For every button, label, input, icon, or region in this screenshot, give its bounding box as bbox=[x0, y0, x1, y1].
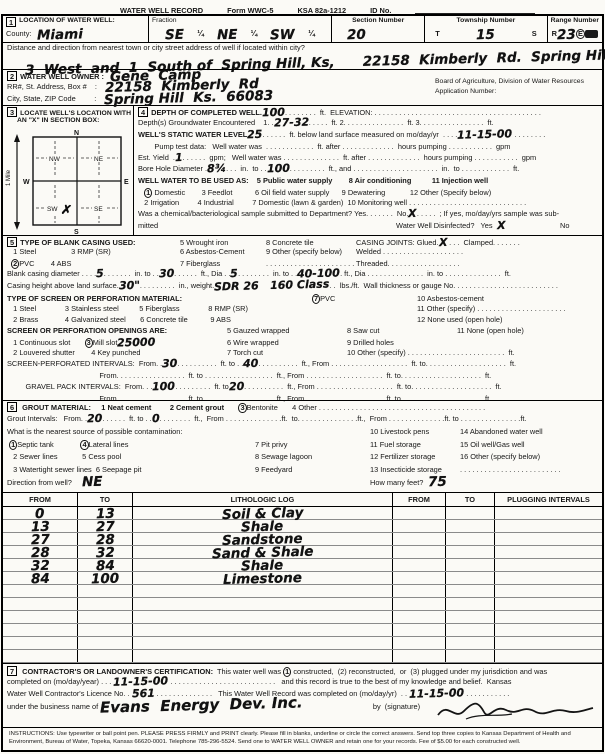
township-value: 15 bbox=[476, 32, 495, 37]
location-title: LOCATION OF WATER WELL: bbox=[19, 18, 115, 25]
form-number: Form WWC-5 bbox=[227, 7, 273, 14]
form-id-label: ID No. bbox=[370, 7, 391, 14]
litho-cell-to bbox=[78, 650, 133, 662]
litho-cell-from-value: 84 bbox=[31, 576, 50, 581]
yield-label: Est. Yield . bbox=[138, 154, 175, 161]
contamination-opt-pit-privy: 7 Pit privy bbox=[255, 441, 370, 448]
litho-cell-to bbox=[78, 611, 133, 623]
section-box-diagram: 1 Mile bbox=[3, 128, 133, 236]
screen-intervals-mid: . . . . . . . . . . ft. to . . bbox=[178, 360, 244, 367]
quadrant-sw-label: SW bbox=[47, 206, 58, 213]
litho-cell-log bbox=[133, 650, 393, 662]
casing-diameter-label: Blank casing diameter . . . . bbox=[7, 270, 96, 277]
distance-row: Distance and direction from nearest town… bbox=[3, 42, 602, 69]
form-statute: KSA 82a-1212 bbox=[297, 7, 346, 14]
casing-weight-value: SDR 26 160 Class bbox=[214, 281, 329, 289]
contamination-opt-feedyard: 9 Feedyard bbox=[255, 466, 370, 473]
direction-wrap: Direction from well? NE bbox=[7, 479, 370, 486]
contractor-signature bbox=[436, 699, 596, 723]
plug-cell-interval bbox=[495, 598, 602, 610]
casing-diameter-value-1: 5 bbox=[96, 271, 104, 276]
screen-material-title: TYPE OF SCREEN OR PERFORATION MATERIAL: bbox=[7, 295, 312, 302]
fraction-label-line: Fraction bbox=[149, 16, 331, 26]
casing-row-2: 1 Steel 3 RMP (SR) 6 Asbestos-Cement 9 O… bbox=[3, 248, 602, 259]
plug-cell-from bbox=[393, 585, 446, 597]
form-id-blank bbox=[415, 6, 535, 14]
yield-post: . . . . . . gpm; Well water was . . . . … bbox=[183, 154, 537, 161]
how-many-feet-value: 75 bbox=[427, 480, 446, 485]
use-row-1: WELL WATER TO BE USED AS: 5 Public water… bbox=[134, 177, 602, 188]
plug-cell-to bbox=[446, 650, 495, 662]
plug-cell-from bbox=[393, 559, 446, 571]
section-6-number: 6 bbox=[7, 402, 17, 412]
static-level-value: 25 bbox=[247, 132, 262, 137]
litho-cell-from: 84 bbox=[3, 572, 78, 584]
plug-cell-interval bbox=[495, 546, 602, 558]
mill-slot-label: Mill slot bbox=[93, 339, 118, 346]
litho-cell-log: Shale bbox=[133, 520, 393, 532]
township-label-line: Township Number bbox=[425, 16, 546, 26]
casing-diameter-mid-3: . . . . . . . . in. to . . bbox=[238, 270, 297, 277]
completed-on-label: completed on (mo/day/year) . . . bbox=[7, 678, 113, 685]
casing-joints-welded: Welded . . . . . . . . . . . . . . . . .… bbox=[356, 248, 463, 255]
litho-cell-to-value: 27 bbox=[96, 524, 115, 529]
litho-cell-from: 27 bbox=[3, 533, 78, 545]
openings-opt-drilled: 9 Drilled holes bbox=[347, 339, 394, 346]
locate-title-2: AN "X" IN SECTION BOX: bbox=[17, 118, 99, 125]
section-number-line: 20 bbox=[332, 26, 424, 42]
fraction-label: Fraction bbox=[152, 18, 177, 25]
litho-cell-from: 0 bbox=[3, 507, 78, 519]
litho-table-row: 013Soil & Clay bbox=[3, 507, 602, 520]
depth-label: DEPTH OF COMPLETED WELL. bbox=[151, 109, 262, 116]
litho-cell-to-value: 28 bbox=[96, 537, 115, 542]
township-s: S bbox=[532, 30, 537, 37]
mill-slot-wrap: 1 Continuous slot 3 Mill slot 25000 bbox=[7, 338, 227, 348]
litho-cell-to-value: 84 bbox=[96, 563, 115, 568]
litho-cell-from-value: 0 bbox=[35, 511, 45, 516]
section-5-casing: 5 TYPE OF BLANK CASING USED: 5 Wrought i… bbox=[3, 235, 602, 400]
county-line: County: Miami bbox=[3, 26, 148, 42]
mill-slot-circled: 3 bbox=[85, 338, 93, 348]
chem-sample-post: . . . . . ; If yes, mo/day/yrs sample wa… bbox=[417, 210, 559, 217]
use-row-1-text: WELL WATER TO BE USED AS: 5 Public water… bbox=[138, 177, 488, 184]
litho-cell-log bbox=[133, 624, 393, 636]
screen-intervals-post: . . . . . . . . . . ft., From . . . . . … bbox=[259, 360, 517, 367]
gravel-pack-post: . . . . . . . . . . ft., From . . . . . … bbox=[244, 383, 502, 390]
openings-title: SCREEN OR PERFORATION OPENINGS ARE: bbox=[7, 327, 227, 334]
county-value: Miami bbox=[37, 32, 83, 38]
plug-cell-to bbox=[446, 546, 495, 558]
section-3-locate: 3 LOCATE WELL'S LOCATION WITH AN "X" IN … bbox=[3, 106, 134, 235]
casing-opts-pvc-abs: PVC 4 ABS bbox=[19, 260, 71, 267]
litho-cell-log: Shale bbox=[133, 559, 393, 571]
plug-cell-to bbox=[446, 559, 495, 571]
water-well-record-form: WATER WELL RECORD Form WWC-5 KSA 82a-121… bbox=[0, 0, 605, 754]
casing-opt-other: 9 Other (specify below) bbox=[266, 248, 356, 255]
section-7-certification: 7 CONTRACTOR'S OR LANDOWNER'S CERTIFICAT… bbox=[3, 663, 602, 727]
casing-diameter-mid-1: . . . . . . . in. to . . bbox=[104, 270, 159, 277]
openings-title-line: SCREEN OR PERFORATION OPENINGS ARE: 5 Ga… bbox=[3, 327, 602, 338]
mile-arrow-down bbox=[14, 222, 20, 230]
mile-arrow-up bbox=[14, 134, 20, 142]
header-to-2: TO bbox=[446, 493, 495, 506]
contamination-opt-septic: Septic tank bbox=[17, 441, 80, 448]
use-row-3-text: 2 Irrigation 4 Industrial 7 Domestic (la… bbox=[138, 199, 526, 206]
grout-intervals-post: . . . . . . . . ft., From . . . . . . . … bbox=[159, 415, 526, 422]
use-domestic-circled: 1 bbox=[144, 188, 152, 198]
plug-cell-to bbox=[446, 585, 495, 597]
casing-joints-post: . . . Clamped. . . . . . . bbox=[447, 239, 520, 246]
septic-tank-circled: 1 bbox=[9, 440, 17, 450]
range-cell: Range Number R 23 E W bbox=[547, 16, 602, 42]
groundwater-value: 27-32 bbox=[274, 120, 309, 126]
bore-label: Bore Hole Diameter . bbox=[138, 165, 207, 172]
litho-cell-to: 28 bbox=[78, 533, 133, 545]
disinfected-no-label: No bbox=[560, 222, 569, 229]
plug-cell-from bbox=[393, 520, 446, 532]
casing-height-line: Casing height above land surface. 30" . … bbox=[3, 282, 602, 294]
litho-cell-log-value: Soil & Clay bbox=[222, 510, 304, 517]
county-label: County: bbox=[6, 30, 31, 37]
completed-on-date: 11-15-00 bbox=[113, 678, 168, 684]
bore-post: . . . . . . . . . ft., and . . . . . . .… bbox=[290, 165, 520, 172]
litho-cell-from bbox=[3, 598, 78, 610]
quarter-glyph: ¼ bbox=[308, 30, 315, 38]
section-5-number: 5 bbox=[7, 237, 17, 247]
certification-text-c: . . . . . . . . . . . . . . . . . . . . … bbox=[168, 678, 511, 685]
litho-cell-log: Limestone bbox=[133, 572, 393, 584]
certification-text-b: constructed, (2) reconstructed, or (3) p… bbox=[291, 668, 547, 675]
owner-title: WATER WELL OWNER : bbox=[20, 73, 104, 80]
plug-cell-from bbox=[393, 650, 446, 662]
screen-pvc-wrap: 7 PVC bbox=[312, 294, 417, 304]
range-east-circled: E bbox=[576, 29, 585, 39]
range-west-mark: W bbox=[585, 30, 598, 37]
contamination-opts-sewer-cess: 2 Sewer lines 5 Cess pool bbox=[7, 453, 255, 460]
plug-cell-to bbox=[446, 624, 495, 636]
locate-title-line1: 3 LOCATE WELL'S LOCATION WITH bbox=[3, 107, 133, 118]
litho-cell-log-value: Shale bbox=[241, 563, 283, 569]
locate-title-line2: AN "X" IN SECTION BOX: bbox=[3, 118, 133, 129]
contamination-opt-abandoned: 14 Abandoned water well bbox=[460, 428, 543, 435]
compass-e-label: E bbox=[124, 179, 129, 186]
grout-interval-to: 0 bbox=[152, 416, 160, 421]
section-number-value: 20 bbox=[347, 32, 366, 37]
litho-cell-log-value: Limestone bbox=[223, 575, 302, 582]
township-line: T 15 S bbox=[425, 26, 546, 42]
screen-opt-none: 12 None used (open hole) bbox=[417, 316, 502, 323]
chem-sample-no-x: X bbox=[408, 211, 417, 216]
casing-height-value: 30" bbox=[119, 283, 140, 289]
openings-opts-row-3: 2 Louvered shutter 4 Key punched bbox=[7, 349, 227, 356]
plug-cell-interval bbox=[495, 585, 602, 597]
contamination-opt-livestock: 10 Livestock pens bbox=[370, 428, 460, 435]
casing-opts-steel-rmp: 1 Steel 3 RMP (SR) bbox=[7, 248, 180, 255]
casing-opt-fiberglass: 7 Fiberglass bbox=[180, 260, 266, 267]
casing-joints-glued-x: X bbox=[438, 240, 447, 245]
contamination-opt-lateral: Lateral lines bbox=[89, 441, 129, 448]
plug-cell-from bbox=[393, 611, 446, 623]
contamination-opts-watertight-seepage: 3 Watertight sewer lines 6 Seepage pit bbox=[7, 466, 255, 473]
litho-cell-from-value: 13 bbox=[31, 524, 50, 529]
chem-sample-line: Was a chemical/bacteriological sample su… bbox=[134, 210, 602, 222]
screen-opt-other: 11 Other (specify) . . . . . . . . . . .… bbox=[417, 305, 566, 312]
mill-slot-value: 25000 bbox=[117, 339, 155, 345]
agency-name: Board of Agriculture, Division of Water … bbox=[435, 79, 584, 86]
casing-height-label: Casing height above land surface. bbox=[7, 282, 119, 289]
fraction-cell: Fraction SE ¼ NE ¼ SW ¼ bbox=[148, 16, 331, 42]
openings-opt-torch: 7 Torch cut bbox=[227, 349, 347, 356]
county-cell: 1 LOCATION OF WATER WELL: County: Miami bbox=[3, 16, 148, 42]
casing-title: TYPE OF BLANK CASING USED: bbox=[20, 239, 135, 246]
litho-table-row: 84100Limestone bbox=[3, 572, 602, 585]
plug-cell-interval bbox=[495, 650, 602, 662]
litho-cell-from bbox=[3, 624, 78, 636]
litho-table-row bbox=[3, 598, 602, 611]
litho-cell-from-value: 32 bbox=[31, 563, 50, 568]
litho-cell-to: 84 bbox=[78, 559, 133, 571]
licence-label: Water Well Contractor's Licence No. . bbox=[7, 690, 132, 697]
static-level-date: 11-15-00 bbox=[457, 131, 512, 137]
screen-interval-from: 30 bbox=[162, 361, 177, 366]
casing-depth-value-2: 40-100 bbox=[297, 270, 340, 276]
contamination-other-blank: . . . . . . . . . . . . . . . . . . . . … bbox=[460, 466, 561, 473]
screen-pvc-circled: 7 bbox=[312, 294, 320, 304]
grout-intervals-mid: . . . . . . ft. to . . bbox=[102, 415, 151, 422]
disinfected-line: mitted Water Well Disinfected? Yes X No bbox=[134, 222, 602, 234]
groundwater-post: . . . . . ft. 2. . . . . . . . . . . . .… bbox=[309, 119, 494, 126]
litho-cell-log-value: Sand & Shale bbox=[212, 549, 314, 557]
plug-cell-to bbox=[446, 637, 495, 649]
licence-number: 561 bbox=[132, 691, 155, 697]
litho-cell-to-value: 13 bbox=[96, 511, 115, 516]
plug-cell-to bbox=[446, 533, 495, 545]
well-x-mark: ✗ bbox=[60, 202, 73, 218]
plug-cell-from bbox=[393, 598, 446, 610]
litho-cell-to-value: 32 bbox=[96, 550, 115, 555]
plug-cell-to bbox=[446, 598, 495, 610]
litho-table-row bbox=[3, 637, 602, 650]
compass-w-label: W bbox=[23, 179, 30, 186]
screen-interval-to: 40 bbox=[243, 361, 258, 366]
section-1-location: 1 LOCATION OF WATER WELL: County: Miami … bbox=[3, 16, 602, 42]
grout-interval-from: 20 bbox=[87, 416, 102, 421]
business-name-label: under the business name of bbox=[7, 703, 100, 710]
gravel-pack-from: 100 bbox=[152, 384, 175, 390]
record-completed-post: . . . . . . . . . . . bbox=[464, 690, 509, 697]
openings-opt-gauzed: 5 Gauzed wrapped bbox=[227, 327, 347, 334]
fraction-2-value: NE bbox=[217, 32, 238, 38]
disinfected-label: Water Well Disinfected? Yes bbox=[396, 222, 493, 229]
openings-opt-other: 10 Other (specify) . . . . . . . . . . .… bbox=[347, 349, 515, 356]
header-plugging-intervals: PLUGGING INTERVALS bbox=[495, 493, 602, 506]
township-label: Township Number bbox=[457, 18, 516, 25]
openings-opt-none: 11 None (open hole) bbox=[457, 327, 524, 334]
casing-title-wrap: 5 TYPE OF BLANK CASING USED: bbox=[7, 237, 180, 247]
form-title: WATER WELL RECORD bbox=[120, 7, 203, 14]
form-header: WATER WELL RECORD Form WWC-5 KSA 82a-121… bbox=[0, 0, 605, 14]
casing-joints-label: CASING JOINTS: Glued. bbox=[356, 239, 439, 246]
contamination-circled-wrap: 1 Septic tank 4 Lateral lines bbox=[7, 440, 255, 450]
openings-opt-sawcut: 8 Saw cut bbox=[347, 327, 457, 334]
litho-cell-from bbox=[3, 611, 78, 623]
use-row-2-text: Domestic 3 Feedlot 6 Oil field water sup… bbox=[152, 189, 491, 196]
instructions-line-1: INSTRUCTIONS: Use typewriter or ball poi… bbox=[9, 731, 596, 739]
business-name-value: Evans Energy Dev. Inc. bbox=[100, 700, 303, 710]
litho-table-body: 013Soil & Clay1327Shale2728Sandstone2832… bbox=[3, 507, 602, 663]
plug-cell-interval bbox=[495, 624, 602, 636]
disinfected-yes-x: X bbox=[496, 223, 505, 228]
record-completed-date: 11-15-00 bbox=[409, 690, 464, 696]
litho-cell-log bbox=[133, 611, 393, 623]
contamination-question: What is the nearest source of possible c… bbox=[7, 428, 370, 435]
openings-opt-continuous: 1 Continuous slot bbox=[7, 339, 85, 346]
quadrant-ne-label: NE bbox=[94, 156, 104, 163]
township-cell: Township Number T 15 S bbox=[424, 16, 546, 42]
litho-cell-log-value: Sandstone bbox=[222, 536, 303, 543]
owner-city-line: City, State, ZIP Code : Spring Hill Ks. … bbox=[3, 95, 602, 107]
plug-cell-to bbox=[446, 507, 495, 519]
plug-cell-interval bbox=[495, 611, 602, 623]
grout-material-opts-a: GROUT MATERIAL: 1 Neat cement 2 Cement g… bbox=[20, 404, 238, 411]
litho-cell-to: 100 bbox=[78, 572, 133, 584]
litho-table-row bbox=[3, 624, 602, 637]
compass-n-label: N bbox=[74, 130, 79, 137]
casing-weight-mid: . . . . . . . . . in., weight. bbox=[140, 282, 214, 289]
direction-value: NE bbox=[82, 480, 103, 486]
contamination-opt-fuel: 11 Fuel storage bbox=[370, 441, 460, 448]
litho-table-row: 3284Shale bbox=[3, 559, 602, 572]
litho-cell-from-value: 27 bbox=[31, 537, 50, 542]
grout-material-opts-b: Bentonite 4 Other . . . . . . . . . . . … bbox=[247, 404, 486, 411]
plug-cell-interval bbox=[495, 507, 602, 519]
casing-opt-asbestos: 6 Asbestos-Cement bbox=[180, 248, 266, 255]
bore-depth-value: 100 bbox=[267, 166, 290, 172]
casing-diameter-post: . ft., Dia . . . . . . . . . . . . . . i… bbox=[340, 270, 511, 277]
litho-cell-to: 13 bbox=[78, 507, 133, 519]
section-1-number: 1 bbox=[6, 17, 16, 27]
screen-opts-row-3: 2 Brass 4 Galvanized steel 6 Concrete ti… bbox=[7, 316, 417, 323]
depth-value: 100 bbox=[262, 110, 285, 116]
section-number-cell: Section Number 20 bbox=[331, 16, 424, 42]
plug-cell-interval bbox=[495, 637, 602, 649]
header-to: TO bbox=[78, 493, 133, 506]
litho-cell-to bbox=[78, 637, 133, 649]
plug-cell-from bbox=[393, 507, 446, 519]
application-number-label: Application Number: bbox=[435, 89, 584, 96]
range-line: R 23 E W bbox=[548, 26, 602, 42]
one-mile-label: 1 Mile bbox=[6, 169, 12, 186]
litho-cell-to bbox=[78, 624, 133, 636]
contamination-opt-insecticide: 13 Insecticide storage bbox=[370, 466, 460, 473]
casing-joints-threaded: Threaded. . . . . . . . . . . . . . . . … bbox=[356, 260, 460, 267]
static-level-label: WELL'S STATIC WATER LEVEL bbox=[138, 131, 247, 138]
instructions-footer: INSTRUCTIONS: Use typewriter or ball poi… bbox=[3, 727, 602, 750]
section-4-number: 4 bbox=[138, 107, 148, 117]
section-number-label: Section Number bbox=[352, 18, 404, 25]
form-body: 1 LOCATION OF WATER WELL: County: Miami … bbox=[1, 14, 604, 752]
casing-diameter-value-2: 5 bbox=[230, 271, 238, 276]
lateral-lines-circled: 4 bbox=[80, 440, 88, 450]
gravel-pack-label: GRAVEL PACK INTERVALS: From. . . bbox=[7, 383, 152, 390]
agency-block: Board of Agriculture, Division of Water … bbox=[435, 79, 584, 96]
litho-cell-to: 32 bbox=[78, 546, 133, 558]
litho-table-row: 2832Sand & Shale bbox=[3, 546, 602, 559]
contamination-opt-fertilizer: 12 Fertilizer storage bbox=[370, 453, 460, 460]
section-3-number: 3 bbox=[7, 107, 17, 117]
plug-cell-interval bbox=[495, 559, 602, 571]
litho-cell-from: 13 bbox=[3, 520, 78, 532]
certification-title: CONTRACTOR'S OR LANDOWNER'S CERTIFICATIO… bbox=[20, 668, 213, 675]
section-2-number: 2 bbox=[7, 71, 17, 81]
litho-cell-to-value: 100 bbox=[91, 576, 119, 582]
casing-height-post: . . lbs./ft. Wall thickness or gauge No.… bbox=[329, 282, 558, 289]
header-from: FROM bbox=[3, 493, 78, 506]
screen-intervals-blank: From. . . . . . . . . . . . . . . . . ft… bbox=[7, 372, 491, 379]
contamination-opt-other: 16 Other (specify below) bbox=[460, 453, 540, 460]
section-4-depth: 4 DEPTH OF COMPLETED WELL. 100 . . . . .… bbox=[134, 106, 602, 235]
bore-mid: . . . in. to . . bbox=[226, 165, 267, 172]
plug-cell-to bbox=[446, 520, 495, 532]
screen-intervals-label: SCREEN-PERFORATED INTERVALS: From. . bbox=[7, 360, 162, 367]
fraction-line: SE ¼ NE ¼ SW ¼ bbox=[149, 26, 331, 42]
range-label-line: Range Number bbox=[548, 16, 602, 26]
range-value: 23 bbox=[557, 32, 576, 37]
groundwater-label: Depth(s) Groundwater Encountered 1. . bbox=[138, 119, 274, 126]
by-signature-label: by (signature) bbox=[373, 703, 420, 710]
plug-cell-interval bbox=[495, 533, 602, 545]
gravel-pack-to: 20 bbox=[229, 384, 244, 389]
section-number-label-line: Section Number bbox=[332, 16, 424, 26]
instructions-line-2: Environment, Bureau of Water, Topeka, Ka… bbox=[9, 739, 596, 747]
litho-cell-log: Sand & Shale bbox=[133, 546, 393, 558]
litho-table-row bbox=[3, 650, 602, 663]
certification-text-a: This water well was bbox=[213, 668, 283, 675]
litho-table-row bbox=[3, 611, 602, 624]
static-level-mid: . . . . . . ft. below land surface measu… bbox=[263, 131, 458, 138]
header-lithologic-log: LITHOLOGIC LOG bbox=[133, 493, 393, 506]
fraction-3-value: SW bbox=[270, 32, 295, 38]
depth-post: . . . . . . . . ft. ELEVATION: . . . . .… bbox=[285, 109, 541, 116]
litho-cell-from bbox=[3, 650, 78, 662]
screen-pvc-label: PVC bbox=[320, 295, 335, 302]
owner-city-label: City, State, ZIP Code : bbox=[7, 95, 96, 102]
casing-diameter-mid-2: . . . . . . ft., Dia . . bbox=[174, 270, 230, 277]
litho-cell-from bbox=[3, 637, 78, 649]
section-7-number: 7 bbox=[7, 666, 17, 676]
section-2-owner: 2 WATER WELL OWNER : Gene Camp RR#, St. … bbox=[3, 69, 602, 105]
screen-opts-row-2: 1 Steel 3 Stainless steel 5 Fiberglass 8… bbox=[7, 305, 417, 312]
constructed-circled: 1 bbox=[283, 667, 291, 677]
plug-cell-interval bbox=[495, 572, 602, 584]
litho-cell-from-value: 28 bbox=[31, 550, 50, 555]
screen-opt-asbestos: 10 Asbestos-cement bbox=[417, 295, 484, 302]
casing-opt-concrete-tile: 8 Concrete tile bbox=[266, 239, 356, 246]
plug-cell-from bbox=[393, 533, 446, 545]
range-label: Range Number bbox=[551, 18, 599, 25]
casing-opt-wrought-iron: 5 Wrought iron bbox=[180, 239, 266, 246]
owner-city-value: Spring Hill Ks. 66083 bbox=[104, 94, 273, 103]
bore-diameter-value: 8¾ bbox=[207, 166, 226, 171]
how-many-feet-label: How many feet? bbox=[370, 479, 428, 486]
township-t: T bbox=[435, 30, 440, 37]
header-from-2: FROM bbox=[393, 493, 446, 506]
litho-cell-from: 28 bbox=[3, 546, 78, 558]
quarter-glyph: ¼ bbox=[251, 30, 258, 38]
plug-cell-from bbox=[393, 637, 446, 649]
section-6-grout: 6 GROUT MATERIAL: 1 Neat cement 2 Cement… bbox=[3, 400, 602, 492]
